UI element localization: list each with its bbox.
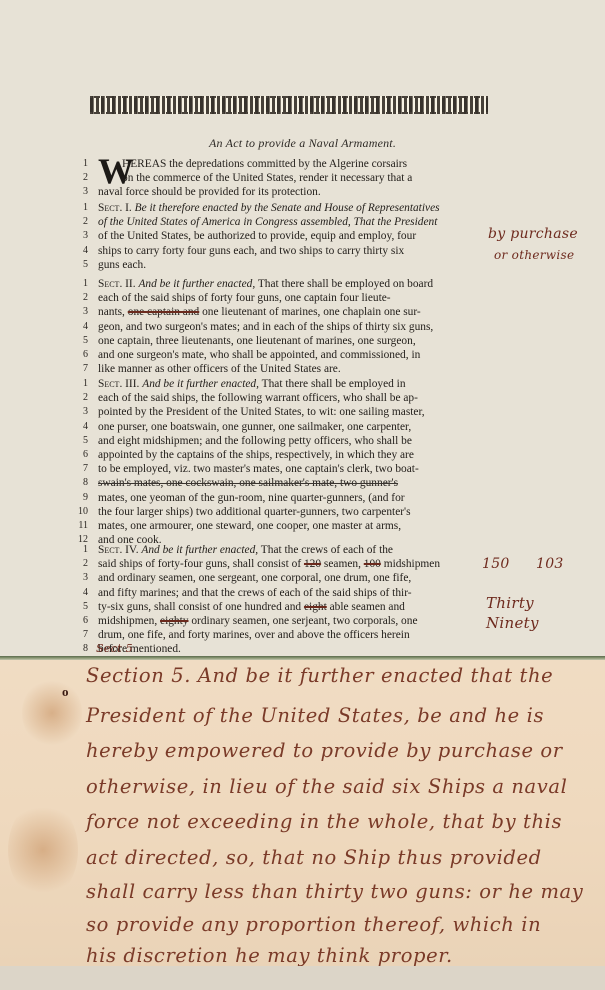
line-number: 2: [78, 391, 88, 405]
line-number: 8: [78, 642, 88, 656]
section-3: 1Sect. III. And be it further enacted, T…: [84, 377, 484, 547]
document-page: An Act to provide a Naval Armament. W 1H…: [0, 0, 605, 990]
line-number: 4: [78, 586, 88, 600]
manuscript-line: act directed, so, that no Ship thus prov…: [86, 846, 542, 869]
line-number: 3: [78, 229, 88, 243]
section-line: That there shall be employed in: [262, 378, 406, 390]
line-number: 1: [78, 543, 88, 557]
line-number: 7: [78, 628, 88, 642]
section-line: That there shall be employed on board: [258, 278, 433, 290]
marginal-note-number: 150: [482, 556, 510, 572]
marginal-note: Ninety: [486, 614, 539, 632]
line-number: 7: [78, 362, 88, 376]
section-line: swain's mates, one cockswain, one sailma…: [84, 476, 398, 490]
manuscript-line: Section 5. And be it further enacted tha…: [86, 664, 553, 687]
section-1: 1Sect. I. Be it therefore enacted by the…: [84, 201, 484, 272]
section-label: Sect. III.: [98, 378, 139, 390]
marginal-note: or otherwise: [494, 248, 574, 262]
paper-stain: [22, 678, 82, 748]
line-number: 2: [78, 557, 88, 571]
insertion-mark: Sect 5: [96, 642, 133, 655]
line-number: 4: [78, 244, 88, 258]
line-number: 3: [78, 405, 88, 419]
marginal-note-number: 103: [536, 556, 564, 572]
manuscript-line: shall carry less than thirty two guns: o…: [86, 880, 583, 903]
section-line: to be employed, viz. two master's mates,…: [84, 462, 419, 476]
section-line: drum, one fife, and forty marines, over …: [84, 628, 410, 642]
manuscript-line: hereby empowered to provide by purchase …: [86, 739, 563, 762]
section-line-part: midshipmen,: [98, 615, 160, 627]
section-line: geon, and two surgeon's mates; and in ea…: [84, 320, 433, 334]
line-number: 2: [78, 215, 88, 229]
section-line: and one surgeon's mate, who shall be app…: [84, 348, 420, 362]
line-number: 11: [78, 519, 88, 533]
marginal-note: by purchase: [488, 226, 578, 242]
section-line-part: said ships of forty-four guns, shall con…: [98, 558, 304, 570]
manuscript-line: force not exceeding in the whole, that b…: [86, 810, 562, 833]
enacting-clause: And be it further enacted,: [141, 544, 258, 556]
line-number: 5: [78, 434, 88, 448]
struck-text: 100: [364, 558, 381, 570]
page-bottom-margin: [0, 966, 605, 990]
struck-text: one captain and: [128, 306, 199, 318]
preamble: W 1HEREAS the depredations committed by …: [84, 157, 484, 200]
line-number: 1: [78, 277, 88, 291]
section-line: That the crews of each of the: [261, 544, 393, 556]
section-line: each of the said ships, the following wa…: [84, 391, 418, 405]
line-number: 6: [78, 614, 88, 628]
manuscript-line: his discretion he may think proper.: [86, 944, 453, 967]
enacting-clause: And be it further enacted,: [142, 378, 259, 390]
line-number: 3: [78, 185, 88, 199]
section-line: one purser, one boatswain, one gunner, o…: [84, 420, 411, 434]
section-line: mates, one armourer, one steward, one co…: [84, 519, 401, 533]
line-number: 2: [78, 171, 88, 185]
line-number: 5: [78, 600, 88, 614]
section-label: Sect. IV.: [98, 544, 139, 556]
section-line: ships to carry forty four guns each, and…: [84, 244, 404, 258]
manuscript-line: President of the United States, be and h…: [86, 704, 544, 727]
section-line: of the United States, be authorized to p…: [84, 229, 416, 243]
section-line: the four larger ships) two additional qu…: [84, 505, 411, 519]
section-line-part: midshipmen: [381, 558, 440, 570]
line-number: 10: [78, 505, 88, 519]
marginal-note: Thirty: [486, 594, 534, 612]
line-number: 6: [78, 348, 88, 362]
section-label: Sect. I.: [98, 202, 132, 214]
section-line: guns each.: [84, 258, 146, 272]
section-line: and ordinary seamen, one sergeant, one c…: [84, 571, 411, 585]
struck-text: eighty: [160, 615, 188, 627]
section-line: mates, one yeoman of the gun-room, nine …: [84, 491, 405, 505]
section-line-part: ty-six guns, shall consist of one hundre…: [98, 601, 304, 613]
insertion-symbol: o: [62, 684, 69, 700]
line-number: 6: [78, 448, 88, 462]
decorative-border-ornament: [90, 96, 488, 114]
line-number: 1: [78, 157, 88, 171]
section-2: 1Sect. II. And be it further enacted, Th…: [84, 277, 484, 376]
paper-stain: [8, 800, 78, 900]
section-line-part: seamen,: [321, 558, 364, 570]
section-line-part: nants,: [98, 306, 128, 318]
section-line: and eight midshipmen; and the following …: [84, 434, 412, 448]
section-line: pointed by the President of the United S…: [84, 405, 425, 419]
struck-text: 120: [304, 558, 321, 570]
enacting-clause: Be it therefore enacted by the Senate an…: [135, 202, 440, 214]
printed-act-sheet: An Act to provide a Naval Armament. W 1H…: [0, 0, 605, 658]
section-line: one captain, three lieutenants, one lieu…: [84, 334, 416, 348]
line-number: 3: [78, 305, 88, 319]
section-4: 1Sect. IV. And be it further enacted, Th…: [84, 543, 484, 657]
section-line: and fifty marines; and that the crews of…: [84, 586, 412, 600]
act-title: An Act to provide a Naval Armament.: [0, 136, 605, 151]
section-line: like manner as other officers of the Uni…: [84, 362, 341, 376]
struck-text: eight: [304, 601, 327, 613]
manuscript-line: so provide any proportion thereof, which…: [86, 913, 541, 936]
section-line: appointed by the captains of the ships, …: [84, 448, 414, 462]
section-line-part: ordinary seamen, one serjeant, two corpo…: [189, 615, 418, 627]
enacting-clause: And be it further enacted,: [138, 278, 255, 290]
line-number: 1: [78, 377, 88, 391]
section-line: of the United States of America in Congr…: [84, 215, 437, 229]
line-number: 5: [78, 258, 88, 272]
line-number: 8: [78, 476, 88, 490]
line-number: 1: [78, 201, 88, 215]
section-line-part: able seamen and: [327, 601, 405, 613]
line-number: 9: [78, 491, 88, 505]
manuscript-line: otherwise, in lieu of the said six Ships…: [86, 775, 567, 798]
section-line: each of the said ships of forty four gun…: [84, 291, 391, 305]
line-number: 2: [78, 291, 88, 305]
preamble-line: naval force should be provided for its p…: [84, 185, 321, 199]
section-label: Sect. II.: [98, 278, 136, 290]
section-line-part: one lieutenant of marines, one chaplain …: [199, 306, 421, 318]
line-number: 3: [78, 571, 88, 585]
line-number: 5: [78, 334, 88, 348]
line-number: 7: [78, 462, 88, 476]
line-number: 4: [78, 320, 88, 334]
preamble-line: on the commerce of the United States, re…: [84, 171, 412, 185]
line-number: 4: [78, 420, 88, 434]
preamble-line: HEREAS the depredations committed by the…: [84, 157, 407, 171]
